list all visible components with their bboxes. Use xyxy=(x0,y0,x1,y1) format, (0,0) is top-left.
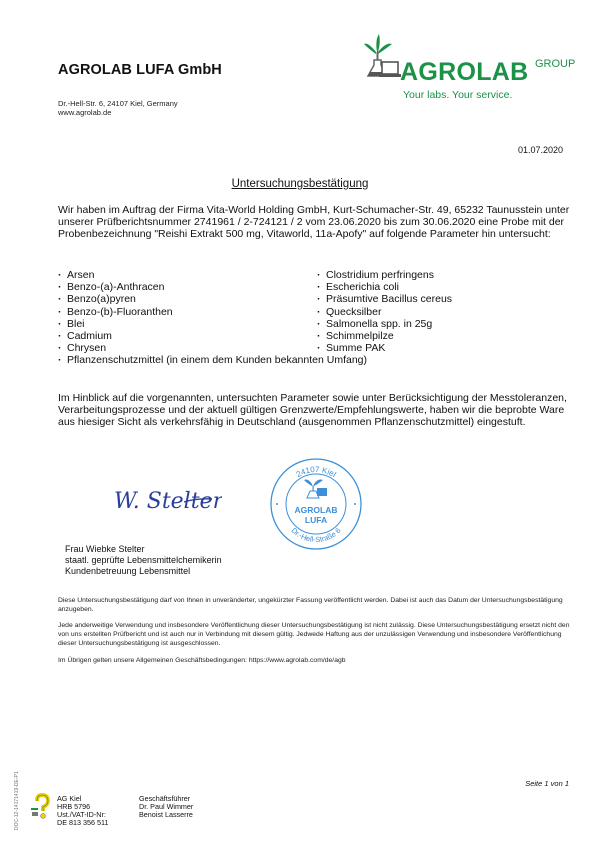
page-number: Seite 1 von 1 xyxy=(525,779,569,788)
logo-wordmark: AGROLAB xyxy=(400,58,528,87)
conclusion-paragraph: Im Hinblick auf die vorgenannten, unters… xyxy=(58,392,578,429)
agrolab-logo-icon xyxy=(362,32,402,82)
svg-text:24107 Kiel: 24107 Kiel xyxy=(295,465,338,479)
footer-registry: AG Kiel HRB 5796 Ust./VAT-ID-Nr: DE 813 … xyxy=(57,795,108,827)
website-link[interactable]: www.agrolab.de xyxy=(58,108,178,117)
parameter-item: Clostridium perfringens xyxy=(317,269,452,281)
legal-notes: Diese Untersuchungsbestätigung darf von … xyxy=(58,597,578,673)
company-stamp: 24107 Kiel Dr.-Hell-Straße 6 AGROLAB LUF… xyxy=(268,456,364,552)
note-publication: Diese Untersuchungsbestätigung darf von … xyxy=(58,597,578,614)
parameter-item: Präsumtive Bacillus cereus xyxy=(317,293,452,305)
logo-tagline: Your labs. Your service. xyxy=(403,89,512,101)
parameter-item: Salmonella spp. in 25g xyxy=(317,318,452,330)
accreditation-icon xyxy=(30,792,52,820)
parameter-item: Summe PAK xyxy=(317,342,452,354)
svg-text:W. Stelter: W. Stelter xyxy=(114,489,222,514)
parameter-list-right: Clostridium perfringens Escherichia coli… xyxy=(317,269,452,354)
company-name: AGROLAB LUFA GmbH xyxy=(58,62,222,78)
svg-text:LUFA: LUFA xyxy=(305,515,327,525)
handwritten-signature: W. Stelter xyxy=(112,480,222,520)
document-id: DOC-12-14171419-DE-P1 xyxy=(14,771,20,830)
signer-title: staatl. geprüfte Lebensmittelchemikerin xyxy=(65,555,222,566)
address-line: Dr.-Hell-Str. 6, 24107 Kiel, Germany xyxy=(58,99,178,108)
parameter-item: Escherichia coli xyxy=(317,281,452,293)
document-date: 01.07.2020 xyxy=(518,145,563,155)
logo-group-suffix: GROUP xyxy=(535,58,575,70)
parameter-item: Schimmelpilze xyxy=(317,330,452,342)
note-terms: Im Übrigen gelten unsere Allgemeinen Ges… xyxy=(58,657,578,666)
signer-block: Frau Wiebke Stelter staatl. geprüfte Leb… xyxy=(65,544,222,577)
footer-management: Geschäftsführer Dr. Paul Wimmer Benoist … xyxy=(139,795,193,819)
parameter-item: Pflanzenschutzmittel (in einem dem Kunde… xyxy=(58,354,367,366)
document-title: Untersuchungsbestätigung xyxy=(0,178,600,190)
company-address: Dr.-Hell-Str. 6, 24107 Kiel, Germany www… xyxy=(58,99,178,117)
svg-text:AGROLAB: AGROLAB xyxy=(295,505,338,515)
intro-paragraph: Wir haben im Auftrag der Firma Vita-Worl… xyxy=(58,204,578,241)
note-usage: Jede anderweitige Verwendung und insbeso… xyxy=(58,622,578,648)
svg-text:Dr.-Hell-Straße 6: Dr.-Hell-Straße 6 xyxy=(289,526,342,544)
signer-department: Kundenbetreuung Lebensmittel xyxy=(65,566,222,577)
signer-name: Frau Wiebke Stelter xyxy=(65,544,222,555)
parameter-item: Quecksilber xyxy=(317,306,452,318)
